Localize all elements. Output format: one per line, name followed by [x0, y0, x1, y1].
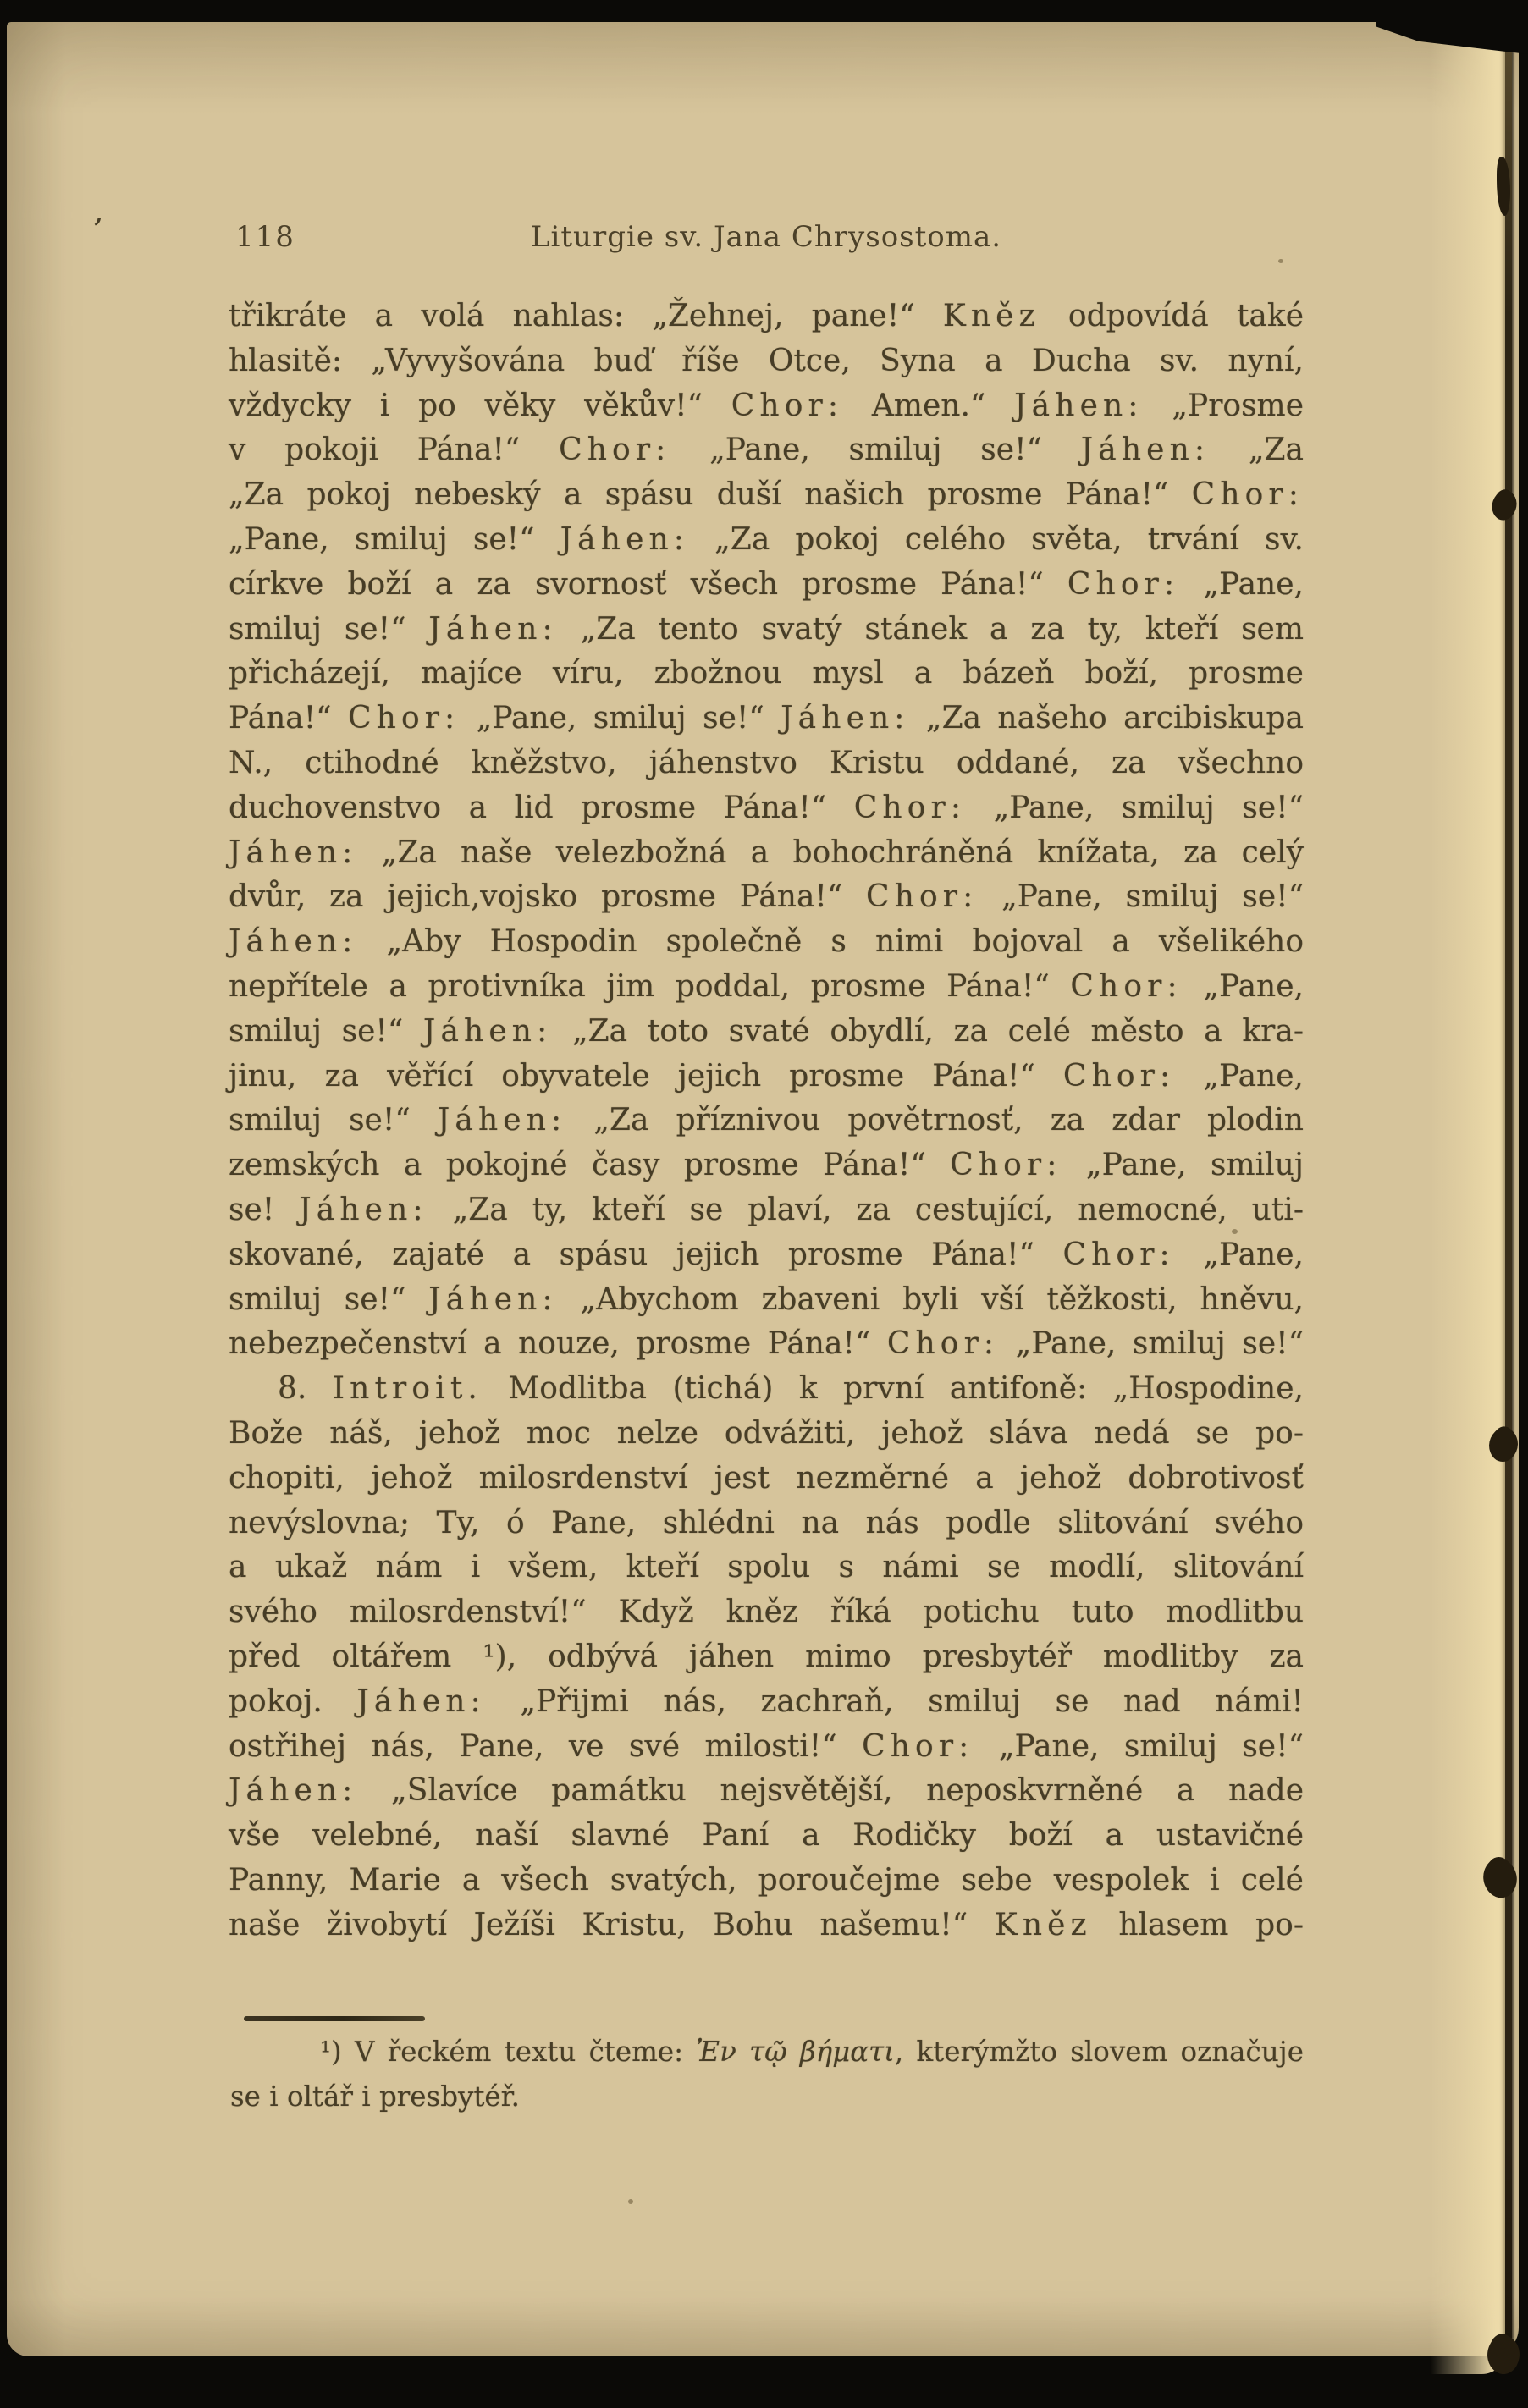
text-line: Jáhen: „Aby Hospodin společně s nimi boj…: [229, 920, 1304, 965]
text-segment: „Pane, smiluj se!“: [974, 1729, 1304, 1764]
text-segment: „Pane,: [1175, 1059, 1304, 1094]
text-segment: Jáhen:: [1081, 433, 1210, 467]
text-segment: nepřítele a protivníka jim poddal, prosm…: [229, 969, 1070, 1004]
text-line: a ukaž nám i všem, kteří spolu s námi se…: [229, 1546, 1304, 1590]
text-segment: Jáhen:: [229, 835, 357, 870]
text-segment: smiluj se!“: [229, 612, 428, 647]
scanned-book-page: ’ 118 Liturgie sv. Jana Chrysostoma. tři…: [0, 0, 1528, 2408]
text-segment: církve boží a za svornosť všech prosme P…: [229, 567, 1067, 602]
running-head: 118 Liturgie sv. Jana Chrysostoma.: [229, 220, 1304, 259]
text-line: hlasitě: „Vyvyšována buď říše Otce, Syna…: [229, 339, 1304, 384]
text-segment: Jáhen:: [781, 701, 909, 736]
text-segment: odpovídá také: [1040, 299, 1304, 333]
text-line: „Za pokoj nebeský a spásu duší našich pr…: [229, 473, 1304, 518]
text-line: N., ctihodné kněžstvo, jáhenstvo Kristu …: [229, 741, 1304, 786]
text-segment: třikráte a volá nahlas: „Žehnej, pane!“: [229, 299, 943, 333]
text-segment: Jáhen:: [423, 1014, 552, 1049]
body-text: třikráte a volá nahlas: „Žehnej, pane!“ …: [229, 295, 1304, 1948]
text-segment: hlasitě: „Vyvyšována buď říše Otce, Syna…: [229, 344, 1304, 378]
text-line: dvůr, za jejich‚vojsko prosme Pána!“ Cho…: [229, 875, 1304, 920]
text-line: zemských a pokojné časy prosme Pána!“ Ch…: [229, 1143, 1304, 1188]
text-line: nebezpečenství a nouze, prosme Pána!“ Ch…: [229, 1322, 1304, 1367]
text-line: Panny, Marie a všech svatých, poroučejme…: [229, 1859, 1304, 1904]
text-segment: Modlitba (tichá) k první antifoně: „Hosp…: [483, 1371, 1304, 1406]
text-segment: Jáhen:: [428, 612, 557, 647]
text-segment: N., ctihodné kněžstvo, jáhenstvo Kristu …: [229, 746, 1304, 780]
footnote-rule: [244, 2016, 425, 2021]
text-line: se! Jáhen: „Za ty, kteří se plaví, za ce…: [229, 1188, 1304, 1233]
text-segment: naše živobytí Ježíši Kristu, Bohu našemu…: [229, 1908, 995, 1942]
text-segment: Bože náš, jehož moc nelze odvážiti, jeho…: [229, 1416, 1304, 1451]
text-segment: ostřihej nás, Pane, ve své milosti!“: [229, 1729, 862, 1764]
text-segment: „Pane, smiluj se!“: [966, 791, 1304, 825]
text-segment: „Pane, smiluj: [1062, 1148, 1305, 1182]
text-segment: „Pane,: [1175, 1237, 1304, 1272]
text-line: naše živobytí Ježíši Kristu, Bohu našemu…: [229, 1904, 1304, 1948]
text-line: přicházejí, majíce víru, zbožnou mysl a …: [229, 652, 1304, 697]
text-segment: chopiti, jehož milosrdenství jest nezměr…: [229, 1461, 1304, 1496]
text-segment: „Za: [1210, 433, 1304, 467]
text-line: Jáhen: „Za naše velezbožná a bohochráněn…: [229, 831, 1304, 876]
text-segment: Chor:: [1192, 477, 1304, 512]
text-segment: Panny, Marie a všech svatých, poroučejme…: [229, 1863, 1304, 1898]
text-line: 8. Introit. Modlitba (tichá) k první ant…: [229, 1367, 1304, 1412]
text-line: před oltářem ¹), odbývá jáhen mimo presb…: [229, 1635, 1304, 1680]
text-segment: „Za našeho arcibiskupa: [910, 701, 1304, 736]
text-segment: se i oltář i presbytéř.: [230, 2080, 520, 2113]
text-segment: Kněz: [995, 1908, 1092, 1942]
text-segment: „Za ty, kteří se plaví, za cestující, ne…: [428, 1193, 1304, 1227]
text-segment: v pokoji Pána!“: [229, 433, 559, 467]
text-segment: Chor:: [1067, 567, 1179, 602]
text-line: smiluj se!“ Jáhen: „Za toto svaté obydlí…: [229, 1010, 1304, 1055]
text-segment: ¹) V řeckém textu čteme:: [320, 2036, 696, 2068]
text-segment: „Pane,: [1183, 969, 1304, 1004]
text-segment: Chor:: [559, 433, 670, 467]
text-segment: Chor:: [862, 1729, 974, 1764]
text-segment: skované, zajaté a spásu jejich prosme Pá…: [229, 1237, 1062, 1272]
text-segment: Introit.: [333, 1371, 483, 1406]
text-segment: „Prosme: [1144, 388, 1304, 423]
text-line: Pána!“ Chor: „Pane, smiluj se!“ Jáhen: „…: [229, 697, 1304, 741]
text-segment: hlasem po-: [1092, 1908, 1304, 1942]
text-segment: vždycky i po věky věkův!“: [229, 388, 731, 423]
text-segment: Chor:: [1063, 1059, 1175, 1094]
text-segment: Chor:: [950, 1148, 1062, 1182]
text-line: třikráte a volá nahlas: „Žehnej, pane!“ …: [229, 295, 1304, 339]
page-number: 118: [235, 220, 295, 254]
text-segment: „Za příznivou povětrnosť, za zdar plodin: [566, 1103, 1304, 1138]
text-segment: vše velebné, naší slavné Paní a Rodičky …: [229, 1818, 1304, 1853]
text-line: smiluj se!“ Jáhen: „Za příznivou povětrn…: [229, 1099, 1304, 1143]
text-line: nepřítele a protivníka jim poddal, prosm…: [229, 965, 1304, 1010]
text-line: Jáhen: „Slavíce památku nejsvětější, nep…: [229, 1769, 1304, 1814]
text-segment: Chor:: [1062, 1237, 1174, 1272]
text-segment: Chor:: [348, 701, 460, 736]
text-segment: „Aby Hospodin společně s nimi bojoval a …: [357, 924, 1304, 959]
text-segment: Jáhen:: [1014, 388, 1143, 423]
text-line: ostřihej nás, Pane, ve své milosti!“ Cho…: [229, 1725, 1304, 1770]
text-line: se i oltář i presbytéř.: [230, 2075, 1304, 2119]
text-segment: „Za toto svaté obydlí, za celé město a k…: [552, 1014, 1304, 1049]
greek-phrase: Ἐν τῷ βήματι: [696, 2036, 895, 2068]
text-segment: před oltářem ¹), odbývá jáhen mimo presb…: [229, 1639, 1304, 1674]
text-segment: Amen.“: [843, 388, 1014, 423]
text-segment: smiluj se!“: [229, 1282, 428, 1317]
text-segment: Jáhen:: [229, 1773, 357, 1808]
text-segment: „Pane, smiluj se!“: [978, 879, 1304, 914]
page-edge-shadow: [1505, 39, 1512, 2341]
text-segment: duchovenstvo a lid prosme Pána!“: [229, 791, 854, 825]
text-segment: dvůr, za jejich‚vojsko prosme Pána!“: [229, 879, 866, 914]
text-segment: , kterýmžto slovem označuje: [895, 2036, 1304, 2068]
text-segment: smiluj se!“: [229, 1103, 438, 1138]
text-line: „Pane, smiluj se!“ Jáhen: „Za pokoj celé…: [229, 518, 1304, 563]
text-line: církve boží a za svornosť všech prosme P…: [229, 563, 1304, 608]
text-line: vše velebné, naší slavné Paní a Rodičky …: [229, 1814, 1304, 1859]
text-line: vždycky i po věky věkův!“ Chor: Amen.“ J…: [229, 384, 1304, 429]
text-line: smiluj se!“ Jáhen: „Za tento svatý stáne…: [229, 608, 1304, 653]
text-line: chopiti, jehož milosrdenství jest nezměr…: [229, 1457, 1304, 1502]
text-segment: a ukaž nám i všem, kteří spolu s námi se…: [229, 1550, 1304, 1584]
text-segment: Jáhen:: [428, 1282, 557, 1317]
text-segment: se!: [229, 1193, 299, 1227]
text-segment: „Pane,: [1179, 567, 1304, 602]
text-segment: 8.: [278, 1371, 333, 1406]
text-line: duchovenstvo a lid prosme Pána!“ Chor: „…: [229, 786, 1304, 831]
page-edge-highlight: [1431, 25, 1507, 2374]
text-line: v pokoji Pána!“ Chor: „Pane, smiluj se!“…: [229, 428, 1304, 473]
text-segment: „Za naše velezbožná a bohochráněná kníža…: [357, 835, 1304, 870]
text-segment: Kněz: [943, 299, 1040, 333]
text-segment: Chor:: [887, 1326, 999, 1361]
text-segment: Jáhen:: [356, 1684, 485, 1719]
text-segment: nebezpečenství a nouze, prosme Pána!“: [229, 1326, 887, 1361]
text-segment: Chor:: [1070, 969, 1182, 1004]
text-segment: „Abychom zbaveni byli vší těžkosti, hněv…: [558, 1282, 1304, 1317]
text-segment: Jáhen:: [229, 924, 357, 959]
text-segment: „Za pokoj celého světa, trvání sv.: [689, 522, 1304, 557]
text-segment: smiluj se!“: [229, 1014, 423, 1049]
text-segment: Jáhen:: [438, 1103, 566, 1138]
text-segment: Chor:: [731, 388, 843, 423]
text-segment: „Přijmi nás, zachraň, smiluj se nad námi…: [486, 1684, 1304, 1719]
text-line: skované, zajaté a spásu jejich prosme Pá…: [229, 1233, 1304, 1278]
text-line: ¹) V řeckém textu čteme: Ἐν τῷ βήματι, k…: [230, 2030, 1304, 2075]
text-segment: „Pane, smiluj se!“: [229, 522, 560, 557]
footnote-text: ¹) V řeckém textu čteme: Ἐν τῷ βήματι, k…: [230, 2030, 1304, 2119]
text-segment: Jáhen:: [560, 522, 689, 557]
text-segment: pokoj.: [229, 1684, 356, 1719]
text-line: smiluj se!“ Jáhen: „Abychom zbaveni byli…: [229, 1278, 1304, 1323]
text-segment: nevýslovna; Ty, ó Pane, shlédni na nás p…: [229, 1506, 1304, 1540]
text-line: jinu, za věřící obyvatele jejich prosme …: [229, 1055, 1304, 1099]
text-line: Bože náš, jehož moc nelze odvážiti, jeho…: [229, 1412, 1304, 1457]
text-segment: jinu, za věřící obyvatele jejich prosme …: [229, 1059, 1063, 1094]
text-segment: Chor:: [854, 791, 966, 825]
text-line: pokoj. Jáhen: „Přijmi nás, zachraň, smil…: [229, 1680, 1304, 1725]
text-segment: Jáhen:: [299, 1193, 428, 1227]
text-segment: přicházejí, majíce víru, zbožnou mysl a …: [229, 656, 1304, 691]
text-segment: zemských a pokojné časy prosme Pána!“: [229, 1148, 950, 1182]
text-segment: „Pane, smiluj se!“: [460, 701, 781, 736]
running-title: Liturgie sv. Jana Chrysostoma.: [531, 220, 1001, 254]
text-segment: „Pane, smiluj se!“: [670, 433, 1080, 467]
text-segment: Pána!“: [229, 701, 348, 736]
text-segment: „Za pokoj nebeský a spásu duší našich pr…: [229, 477, 1192, 512]
text-segment: „Pane, smiluj se!“: [999, 1326, 1304, 1361]
text-segment: svého milosrdenství!“ Když kněz říká pot…: [229, 1595, 1304, 1629]
text-segment: Chor:: [866, 879, 978, 914]
text-line: nevýslovna; Ty, ó Pane, shlédni na nás p…: [229, 1502, 1304, 1546]
text-segment: „Za tento svatý stánek a za ty, kteří se…: [558, 612, 1304, 647]
text-segment: „Slavíce památku nejsvětější, neposkvrně…: [357, 1773, 1304, 1808]
text-line: svého milosrdenství!“ Když kněz říká pot…: [229, 1590, 1304, 1635]
